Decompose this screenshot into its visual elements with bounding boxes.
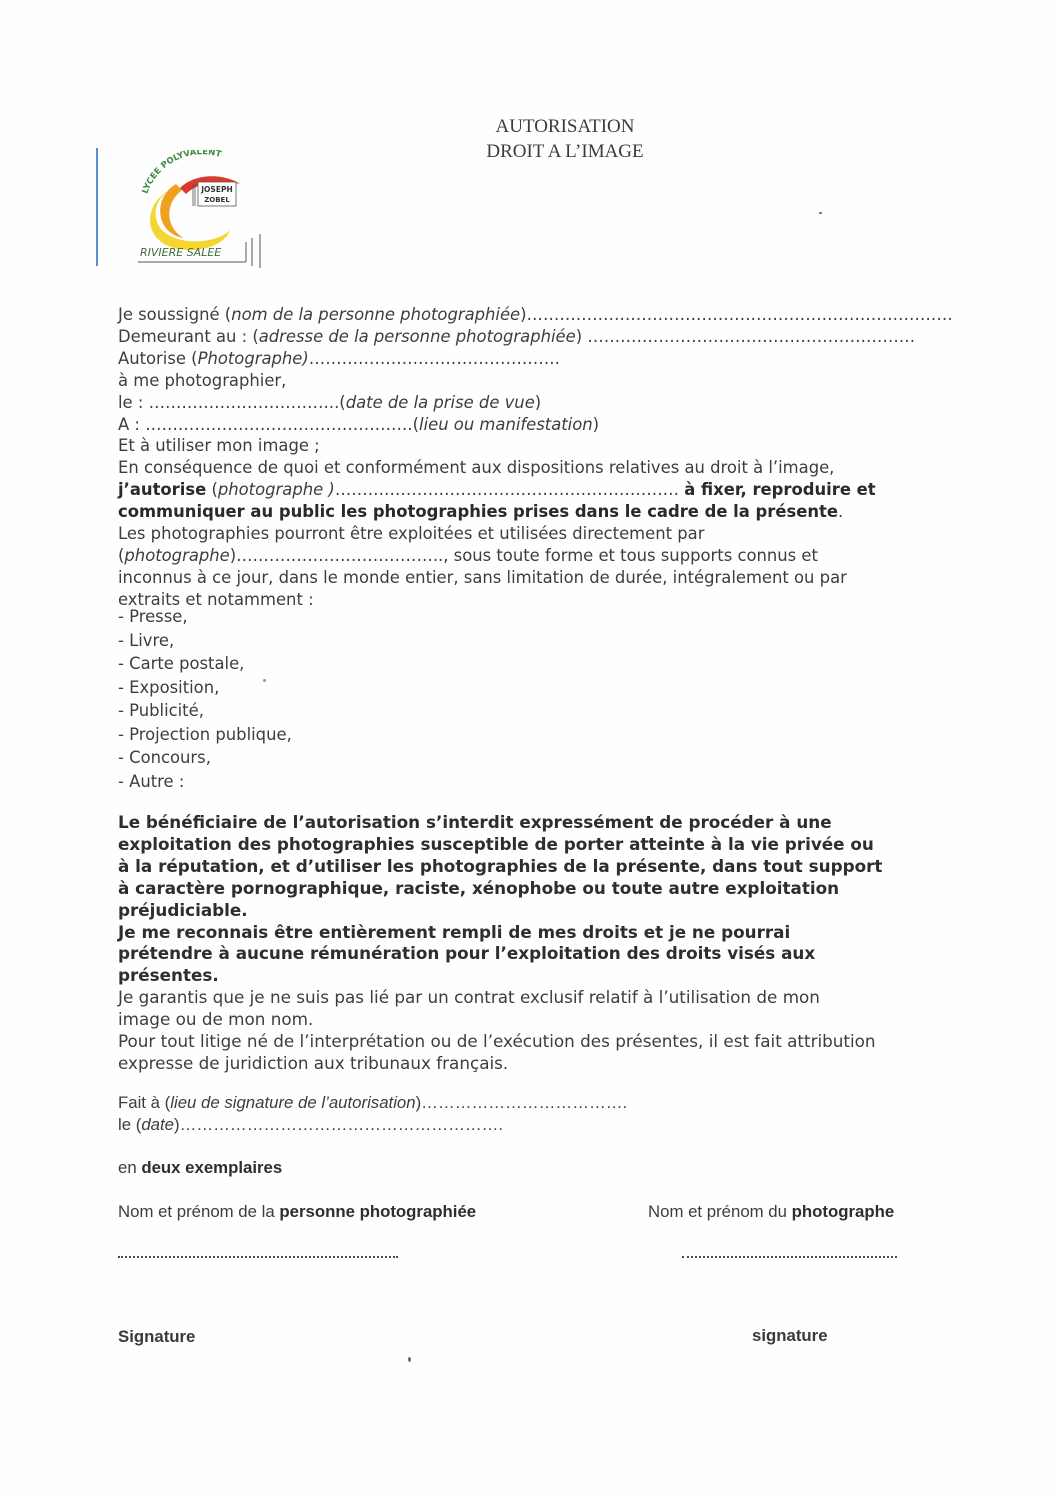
label: en bbox=[118, 1158, 141, 1177]
text-line: Le bénéficiaire de l’autorisation s’inte… bbox=[118, 812, 938, 834]
text-line: Je garantis que je ne suis pas lié par u… bbox=[118, 987, 938, 1009]
list-item: - Presse, bbox=[118, 605, 292, 629]
text-line: Pour tout litige né de l’interprétation … bbox=[118, 1031, 938, 1053]
school-logo: LYCEE POLYVALENT JOSEPH ZOBEL RIVIERE SA… bbox=[130, 150, 270, 270]
label: ) bbox=[535, 393, 541, 412]
label: Je soussigné ( bbox=[118, 305, 231, 324]
right-name-field[interactable] bbox=[682, 1256, 897, 1258]
hint: photographe ) bbox=[218, 480, 335, 499]
blank[interactable]: )…………………………………………………. bbox=[174, 1115, 503, 1134]
scan-speck bbox=[263, 679, 266, 682]
left-name-label: Nom et prénom de la personne photographi… bbox=[118, 1202, 476, 1222]
restrictions-section: Le bénéficiaire de l’autorisation s’inte… bbox=[118, 812, 938, 1075]
label: ) bbox=[593, 415, 599, 434]
document-page: AUTORISATION DROIT A L’IMAGE LYCEE POLYV… bbox=[0, 0, 1060, 1497]
list-item: - Carte postale, bbox=[118, 652, 292, 676]
emphasis: personne photographiée bbox=[279, 1202, 476, 1221]
svg-text:ZOBEL: ZOBEL bbox=[204, 196, 230, 204]
scan-speck bbox=[408, 1357, 411, 1362]
right-name-label: Nom et prénom du photographe bbox=[648, 1202, 894, 1222]
left-name-field[interactable] bbox=[118, 1256, 398, 1258]
hint: date bbox=[141, 1115, 174, 1134]
text-line: prétendre à aucune rémunération pour l’e… bbox=[118, 943, 938, 965]
copies-note: en deux exemplaires bbox=[118, 1158, 282, 1178]
usage-list: - Presse, - Livre, - Carte postale, - Ex… bbox=[118, 605, 292, 793]
field-shoot-date[interactable]: le : ……………………………..(date de la prise de v… bbox=[118, 392, 938, 414]
text-line: exploitation des photographies susceptib… bbox=[118, 834, 938, 856]
blank[interactable]: A : ………………………………………….( bbox=[118, 415, 419, 434]
right-signature-label: signature bbox=[752, 1326, 828, 1346]
text-line: à caractère pornographique, raciste, xén… bbox=[118, 878, 938, 900]
hint: lieu de signature de l’autorisation bbox=[170, 1093, 415, 1112]
label: Autorise ( bbox=[118, 349, 198, 368]
text-line: présentes. bbox=[118, 965, 938, 987]
hint: date de la prise de vue bbox=[346, 393, 535, 412]
text-line: préjudiciable. bbox=[118, 900, 938, 922]
text-line: Et à utiliser mon image ; bbox=[118, 435, 938, 457]
text-line: Les photographies pourront être exploité… bbox=[118, 523, 938, 545]
text-line: communiquer au public les photographies … bbox=[118, 501, 938, 523]
field-photographer[interactable]: Autorise (Photographe)………………………………………. bbox=[118, 348, 938, 370]
list-item: - Publicité, bbox=[118, 699, 292, 723]
field-authorized-photographer[interactable]: j’autorise (photographe )………………………………………… bbox=[118, 479, 938, 501]
scan-speck bbox=[819, 212, 822, 214]
label: j’autorise bbox=[118, 480, 206, 499]
label: ( bbox=[206, 480, 218, 499]
blank[interactable]: le : ……………………………..( bbox=[118, 393, 346, 412]
text-line: image ou de mon nom. bbox=[118, 1009, 938, 1031]
text-line: expresse de juridiction aux tribunaux fr… bbox=[118, 1053, 938, 1075]
hint: nom de la personne photographiée bbox=[231, 305, 520, 324]
list-item: - Concours, bbox=[118, 746, 292, 770]
jurisdiction-paragraph: Pour tout litige né de l’interprétation … bbox=[118, 1031, 938, 1075]
label: Nom et prénom de la bbox=[118, 1202, 279, 1221]
authorization-form: Je soussigné (nom de la personne photogr… bbox=[118, 304, 938, 611]
blank[interactable]: )…………………………………………………………………… bbox=[520, 305, 953, 324]
label: Demeurant au : ( bbox=[118, 327, 259, 346]
blank[interactable]: )……………………………….., sous toute forme et tou… bbox=[230, 546, 818, 565]
label: Nom et prénom du bbox=[648, 1202, 792, 1221]
field-location[interactable]: A : ………………………………………….(lieu ou manifestat… bbox=[118, 414, 938, 436]
svg-text:JOSEPH: JOSEPH bbox=[200, 185, 232, 194]
field-name[interactable]: Je soussigné (nom de la personne photogr… bbox=[118, 304, 938, 326]
waiver-paragraph: Je me reconnais être entièrement rempli … bbox=[118, 922, 938, 988]
text-line: à me photographier, bbox=[118, 370, 938, 392]
restriction-paragraph: Le bénéficiaire de l’autorisation s’inte… bbox=[118, 812, 938, 922]
emphasis: deux exemplaires bbox=[141, 1158, 282, 1177]
field-user-photographer[interactable]: (photographe)……………………………….., sous toute … bbox=[118, 545, 938, 567]
hint: lieu ou manifestation bbox=[419, 415, 593, 434]
svg-text:RIVIERE SALEE: RIVIERE SALEE bbox=[140, 246, 221, 259]
hint: photographe bbox=[124, 546, 229, 565]
hint: adresse de la personne photographiée bbox=[259, 327, 576, 346]
label: à fixer, reproduire et bbox=[684, 480, 875, 499]
list-item-other[interactable]: - Autre : bbox=[118, 770, 292, 794]
list-item: - Livre, bbox=[118, 629, 292, 653]
emphasis: communiquer au public les photographies … bbox=[118, 502, 838, 521]
text-line: En conséquence de quoi et conformément a… bbox=[118, 457, 938, 479]
blank[interactable]: ………………………………………. bbox=[309, 349, 560, 368]
label: Fait à ( bbox=[118, 1093, 170, 1112]
label: le ( bbox=[118, 1115, 141, 1134]
logo-graphic-icon: LYCEE POLYVALENT JOSEPH ZOBEL RIVIERE SA… bbox=[130, 150, 270, 270]
left-signature-label: Signature bbox=[118, 1327, 195, 1347]
title-line-2: DROIT A L’IMAGE bbox=[470, 139, 660, 164]
hint: Photographe) bbox=[198, 349, 309, 368]
list-item: - Projection publique, bbox=[118, 723, 292, 747]
field-address[interactable]: Demeurant au : (adresse de la personne p… bbox=[118, 326, 938, 348]
field-signing-date[interactable]: le (date)…………………………………………………. bbox=[118, 1115, 503, 1135]
document-title: AUTORISATION DROIT A L’IMAGE bbox=[470, 114, 660, 164]
blank[interactable]: ……………………………………………………… bbox=[335, 480, 684, 499]
blank[interactable]: )………………………………. bbox=[416, 1093, 628, 1112]
margin-rule bbox=[96, 148, 98, 266]
guarantee-paragraph: Je garantis que je ne suis pas lié par u… bbox=[118, 987, 938, 1031]
text-line: inconnus à ce jour, dans le monde entier… bbox=[118, 567, 938, 589]
emphasis: photographe bbox=[792, 1202, 895, 1221]
title-line-1: AUTORISATION bbox=[470, 114, 660, 139]
text-line: à la réputation, et d’utiliser les photo… bbox=[118, 856, 938, 878]
punctuation: . bbox=[838, 502, 843, 521]
text-line: Je me reconnais être entièrement rempli … bbox=[118, 922, 938, 944]
blank[interactable]: ) …………………………………………………… bbox=[576, 327, 915, 346]
field-signing-place[interactable]: Fait à (lieu de signature de l’autorisat… bbox=[118, 1093, 627, 1113]
